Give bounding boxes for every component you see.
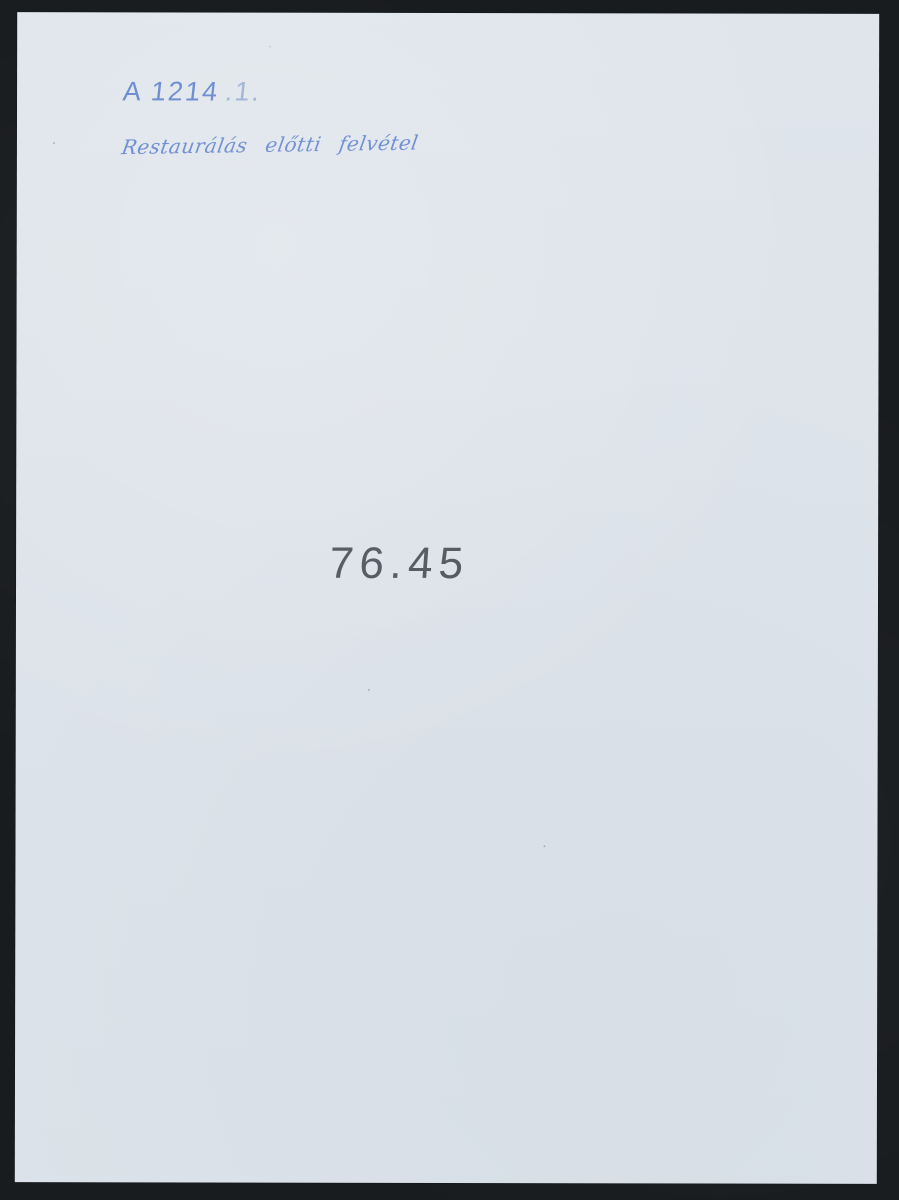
caption-word-restoration: Restaurálás	[120, 133, 249, 159]
caption-word-before: előtti	[264, 132, 324, 157]
photo-back-sheet: A 1214.1. Restauráláselőttifelvétel 76.4…	[15, 12, 879, 1184]
paper-speck	[543, 845, 545, 847]
inventory-number-main: A 1214	[122, 76, 221, 106]
caption-word-photograph: felvétel	[337, 130, 420, 155]
paper-speck	[53, 142, 55, 144]
paper-speck	[269, 46, 271, 48]
pencil-number: 76.45	[327, 539, 471, 589]
caption-handwritten: Restauráláselőttifelvétel	[120, 130, 438, 159]
paper-speck	[368, 689, 370, 691]
inventory-number: A 1214.1.	[121, 76, 262, 107]
inventory-number-suffix: .1.	[224, 77, 263, 107]
